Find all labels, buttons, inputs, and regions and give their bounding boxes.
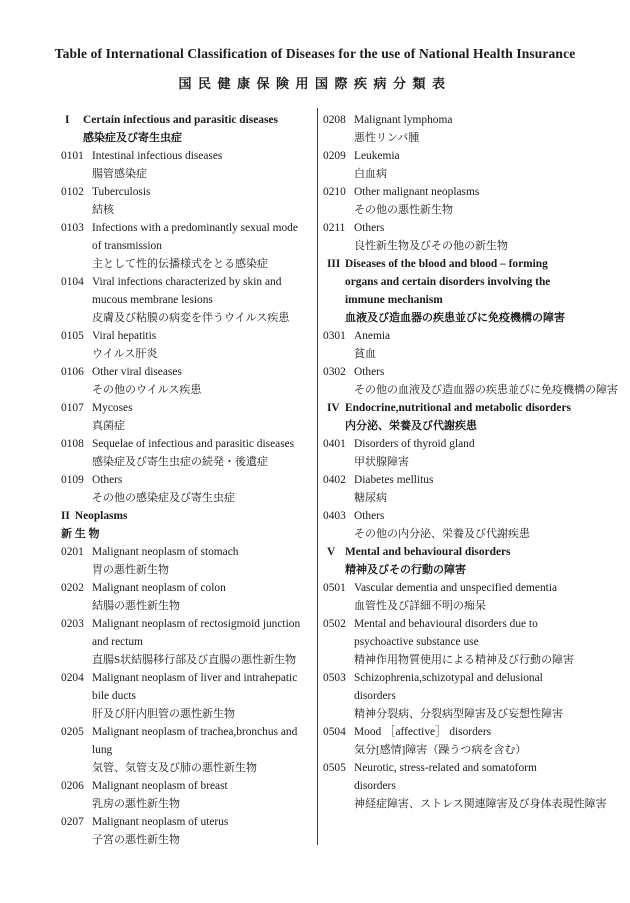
entry-code: 0211 bbox=[323, 219, 345, 237]
entry-text-ja: 直腸S状結腸移行部及び直腸の悪性新生物 bbox=[61, 651, 317, 669]
entry-text-ja: 皮膚及び粘膜の病変を伴うウイルス疾患 bbox=[61, 309, 317, 327]
entry-text-ja: 良性新生物及びその他の新生物 bbox=[323, 237, 628, 255]
entry-0101: 0101Intestinal infectious diseases腸管感染症 bbox=[61, 147, 317, 183]
section-numeral: II bbox=[61, 510, 70, 522]
entry-code: 0502 bbox=[323, 615, 346, 633]
entry-text-en: 0206Malignant neoplasm of breast bbox=[61, 777, 317, 795]
entry-text-en: 0403Others bbox=[323, 507, 628, 525]
entry-text-en: 0102Tuberculosis bbox=[61, 183, 317, 201]
section-numeral: V bbox=[327, 543, 335, 561]
entry-0203: 0203Malignant neoplasm of rectosigmoid j… bbox=[61, 615, 317, 669]
entry-text-ja: その他の悪性新生物 bbox=[323, 201, 628, 219]
entry-0211: 0211Others良性新生物及びその他の新生物 bbox=[323, 219, 628, 255]
entry-text-ja: ウイルス肝炎 bbox=[61, 345, 317, 363]
section-II: IINeoplasms新 生 物 bbox=[61, 507, 317, 543]
section-V: VMental and behavioural disorders精神及びその行… bbox=[323, 543, 628, 579]
entry-text-ja: 糖尿病 bbox=[323, 489, 628, 507]
entry-0208: 0208Malignant lymphoma悪性リンパ腫 bbox=[323, 111, 628, 147]
entry-text-en: 0104Viral infections characterized by sk… bbox=[61, 273, 317, 291]
entry-0210: 0210Other malignant neoplasmsその他の悪性新生物 bbox=[323, 183, 628, 219]
entry-text-en: 0210Other malignant neoplasms bbox=[323, 183, 628, 201]
document-page: Table of International Classification of… bbox=[0, 0, 630, 903]
entry-text-en: 0109Others bbox=[61, 471, 317, 489]
entry-code: 0109 bbox=[61, 471, 84, 489]
entry-text-ja: 気分[感情]障害（躁うつ病を含む） bbox=[323, 741, 628, 759]
entry-text-ja: 貧血 bbox=[323, 345, 628, 363]
section-III: IIIDiseases of the blood and blood – for… bbox=[323, 255, 628, 327]
entry-code: 0209 bbox=[323, 147, 346, 165]
entry-text-ja: 真菌症 bbox=[61, 417, 317, 435]
entry-code: 0106 bbox=[61, 363, 84, 381]
entry-text-ja: 肝及び肝内胆管の悪性新生物 bbox=[61, 705, 317, 723]
entry-text-ja: 胃の悪性新生物 bbox=[61, 561, 317, 579]
entry-0403: 0403Othersその他の内分泌、栄養及び代謝疾患 bbox=[323, 507, 628, 543]
entry-text-ja: 精神作用物質使用による精神及び行動の障害 bbox=[323, 651, 628, 669]
entry-text-en: 0401Disorders of thyroid gland bbox=[323, 435, 628, 453]
entry-0501: 0501Vascular dementia and unspecified de… bbox=[323, 579, 628, 615]
section-title-en: organs and certain disorders involving t… bbox=[323, 273, 628, 291]
entry-text-en: 0208Malignant lymphoma bbox=[323, 111, 628, 129]
entry-text-en: 0106Other viral diseases bbox=[61, 363, 317, 381]
entry-text-en: 0209Leukemia bbox=[323, 147, 628, 165]
entry-text-ja: 感染症及び寄生虫症の続発・後遺症 bbox=[61, 453, 317, 471]
entry-0107: 0107Mycoses真菌症 bbox=[61, 399, 317, 435]
entry-text-en: mucous membrane lesions bbox=[61, 291, 317, 309]
section-IV: IVEndocrine,nutritional and metabolic di… bbox=[323, 399, 628, 435]
entry-0109: 0109Othersその他の感染症及び寄生虫症 bbox=[61, 471, 317, 507]
entry-0105: 0105Viral hepatitisウイルス肝炎 bbox=[61, 327, 317, 363]
entry-text-ja: 精神分裂病、分裂病型障害及び妄想性障害 bbox=[323, 705, 628, 723]
right-column: 0208Malignant lymphoma悪性リンパ腫0209Leukemia… bbox=[323, 111, 628, 813]
section-I: ICertain infectious and parasitic diseas… bbox=[61, 111, 317, 147]
entry-code: 0203 bbox=[61, 615, 84, 633]
entry-text-ja: 結腸の悪性新生物 bbox=[61, 597, 317, 615]
entry-text-en: lung bbox=[61, 741, 317, 759]
entry-code: 0206 bbox=[61, 777, 84, 795]
entry-0209: 0209Leukemia白血病 bbox=[323, 147, 628, 183]
entry-text-en: 0108Sequelae of infectious and parasitic… bbox=[61, 435, 317, 453]
entry-text-en: bile ducts bbox=[61, 687, 317, 705]
section-title-en: IINeoplasms bbox=[61, 507, 317, 525]
entry-text-en: and rectum bbox=[61, 633, 317, 651]
entry-0206: 0206Malignant neoplasm of breast乳房の悪性新生物 bbox=[61, 777, 317, 813]
entry-code: 0202 bbox=[61, 579, 84, 597]
entry-code: 0201 bbox=[61, 543, 84, 561]
section-title-ja: 血液及び造血器の疾患並びに免疫機構の障害 bbox=[323, 309, 628, 327]
entry-text-en: 0301Anemia bbox=[323, 327, 628, 345]
entry-code: 0205 bbox=[61, 723, 84, 741]
section-title-ja: 内分泌、栄養及び代謝疾患 bbox=[323, 417, 628, 435]
entry-text-en: 0201Malignant neoplasm of stomach bbox=[61, 543, 317, 561]
entry-text-en: 0211Others bbox=[323, 219, 628, 237]
entry-0301: 0301Anemia貧血 bbox=[323, 327, 628, 363]
entry-0202: 0202Malignant neoplasm of colon結腸の悪性新生物 bbox=[61, 579, 317, 615]
left-column: ICertain infectious and parasitic diseas… bbox=[61, 111, 317, 849]
entry-0104: 0104Viral infections characterized by sk… bbox=[61, 273, 317, 327]
section-title-ja: 感染症及び寄生虫症 bbox=[61, 129, 317, 147]
entry-text-en: 0505Neurotic, stress-related and somatof… bbox=[323, 759, 628, 777]
section-title-en: immune mechanism bbox=[323, 291, 628, 309]
entry-text-ja: 乳房の悪性新生物 bbox=[61, 795, 317, 813]
entry-0201: 0201Malignant neoplasm of stomach胃の悪性新生物 bbox=[61, 543, 317, 579]
section-title-ja: 新 生 物 bbox=[61, 525, 317, 543]
entry-code: 0104 bbox=[61, 273, 84, 291]
entry-code: 0504 bbox=[323, 723, 346, 741]
section-title-ja: 精神及びその行動の障害 bbox=[323, 561, 628, 579]
entry-text-en: 0101Intestinal infectious diseases bbox=[61, 147, 317, 165]
entry-0401: 0401Disorders of thyroid gland甲状腺障害 bbox=[323, 435, 628, 471]
entry-code: 0207 bbox=[61, 813, 84, 831]
section-title-en: ICertain infectious and parasitic diseas… bbox=[61, 111, 317, 129]
entry-code: 0302 bbox=[323, 363, 346, 381]
entry-0402: 0402Diabetes mellitus糖尿病 bbox=[323, 471, 628, 507]
entry-text-en: 0402Diabetes mellitus bbox=[323, 471, 628, 489]
column-divider-line bbox=[317, 108, 318, 845]
entry-text-ja: 悪性リンパ腫 bbox=[323, 129, 628, 147]
entry-text-en: disorders bbox=[323, 777, 628, 795]
page-title-japanese: 国民健康保険用国際疾病分類表 bbox=[0, 73, 630, 92]
entry-text-en: 0501Vascular dementia and unspecified de… bbox=[323, 579, 628, 597]
section-numeral: III bbox=[327, 255, 340, 273]
section-numeral: IV bbox=[327, 399, 340, 417]
entry-code: 0401 bbox=[323, 435, 346, 453]
entry-text-en: 0207Malignant neoplasm of uterus bbox=[61, 813, 317, 831]
entry-0505: 0505Neurotic, stress-related and somatof… bbox=[323, 759, 628, 813]
section-title-en: VMental and behavioural disorders bbox=[323, 543, 628, 561]
entry-text-en: 0105Viral hepatitis bbox=[61, 327, 317, 345]
section-numeral: I bbox=[65, 111, 69, 129]
entry-text-en: 0502Mental and behavioural disorders due… bbox=[323, 615, 628, 633]
entry-code: 0103 bbox=[61, 219, 84, 237]
entry-text-ja: 主として性的伝播様式をとる感染症 bbox=[61, 255, 317, 273]
entry-text-en: 0204Malignant neoplasm of liver and intr… bbox=[61, 669, 317, 687]
entry-0502: 0502Mental and behavioural disorders due… bbox=[323, 615, 628, 669]
entry-text-en: disorders bbox=[323, 687, 628, 705]
entry-code: 0301 bbox=[323, 327, 346, 345]
entry-code: 0210 bbox=[323, 183, 346, 201]
entry-code: 0108 bbox=[61, 435, 84, 453]
entry-code: 0208 bbox=[323, 111, 346, 129]
entry-text-ja: 気管、気管支及び肺の悪性新生物 bbox=[61, 759, 317, 777]
entry-text-en: psychoactive substance use bbox=[323, 633, 628, 651]
section-title-en: IIIDiseases of the blood and blood – for… bbox=[323, 255, 628, 273]
entry-code: 0102 bbox=[61, 183, 84, 201]
entry-code: 0105 bbox=[61, 327, 84, 345]
entry-0103: 0103Infections with a predominantly sexu… bbox=[61, 219, 317, 273]
section-title-en: IVEndocrine,nutritional and metabolic di… bbox=[323, 399, 628, 417]
entry-text-en: 0503Schizophrenia,schizotypal and delusi… bbox=[323, 669, 628, 687]
entry-code: 0503 bbox=[323, 669, 346, 687]
entry-text-ja: その他の血液及び造血器の疾患並びに免疫機構の障害 bbox=[323, 381, 628, 399]
entry-text-en: 0302Others bbox=[323, 363, 628, 381]
entry-code: 0403 bbox=[323, 507, 346, 525]
entry-text-ja: 白血病 bbox=[323, 165, 628, 183]
entry-code: 0107 bbox=[61, 399, 84, 417]
entry-code: 0501 bbox=[323, 579, 346, 597]
entry-text-ja: 血管性及び詳細不明の痴呆 bbox=[323, 597, 628, 615]
entry-0205: 0205Malignant neoplasm of trachea,bronch… bbox=[61, 723, 317, 777]
entry-text-en: 0103Infections with a predominantly sexu… bbox=[61, 219, 317, 237]
entry-0108: 0108Sequelae of infectious and parasitic… bbox=[61, 435, 317, 471]
entry-text-ja: 子宮の悪性新生物 bbox=[61, 831, 317, 849]
entry-0302: 0302Othersその他の血液及び造血器の疾患並びに免疫機構の障害 bbox=[323, 363, 628, 399]
entry-text-ja: 甲状腺障害 bbox=[323, 453, 628, 471]
entry-text-ja: その他のウイルス疾患 bbox=[61, 381, 317, 399]
entry-code: 0101 bbox=[61, 147, 84, 165]
entry-code: 0204 bbox=[61, 669, 84, 687]
entry-text-en: 0107Mycoses bbox=[61, 399, 317, 417]
entry-text-ja: その他の内分泌、栄養及び代謝疾患 bbox=[323, 525, 628, 543]
entry-0503: 0503Schizophrenia,schizotypal and delusi… bbox=[323, 669, 628, 723]
entry-0204: 0204Malignant neoplasm of liver and intr… bbox=[61, 669, 317, 723]
entry-text-ja: 結核 bbox=[61, 201, 317, 219]
entry-text-en: 0504Mood ［affective］ disorders bbox=[323, 723, 628, 741]
entry-code: 0402 bbox=[323, 471, 346, 489]
entry-text-ja: 神経症障害、ストレス関連障害及び身体表現性障害 bbox=[323, 795, 628, 813]
entry-0102: 0102Tuberculosis結核 bbox=[61, 183, 317, 219]
entry-0106: 0106Other viral diseasesその他のウイルス疾患 bbox=[61, 363, 317, 399]
entry-text-en: 0202Malignant neoplasm of colon bbox=[61, 579, 317, 597]
entry-text-en: 0203Malignant neoplasm of rectosigmoid j… bbox=[61, 615, 317, 633]
entry-text-en: 0205Malignant neoplasm of trachea,bronch… bbox=[61, 723, 317, 741]
entry-0504: 0504Mood ［affective］ disorders気分[感情]障害（躁… bbox=[323, 723, 628, 759]
entry-text-ja: その他の感染症及び寄生虫症 bbox=[61, 489, 317, 507]
page-title-english: Table of International Classification of… bbox=[0, 46, 630, 62]
entry-text-ja: 腸管感染症 bbox=[61, 165, 317, 183]
entry-text-en: of transmission bbox=[61, 237, 317, 255]
entry-code: 0505 bbox=[323, 759, 346, 777]
entry-0207: 0207Malignant neoplasm of uterus子宮の悪性新生物 bbox=[61, 813, 317, 849]
